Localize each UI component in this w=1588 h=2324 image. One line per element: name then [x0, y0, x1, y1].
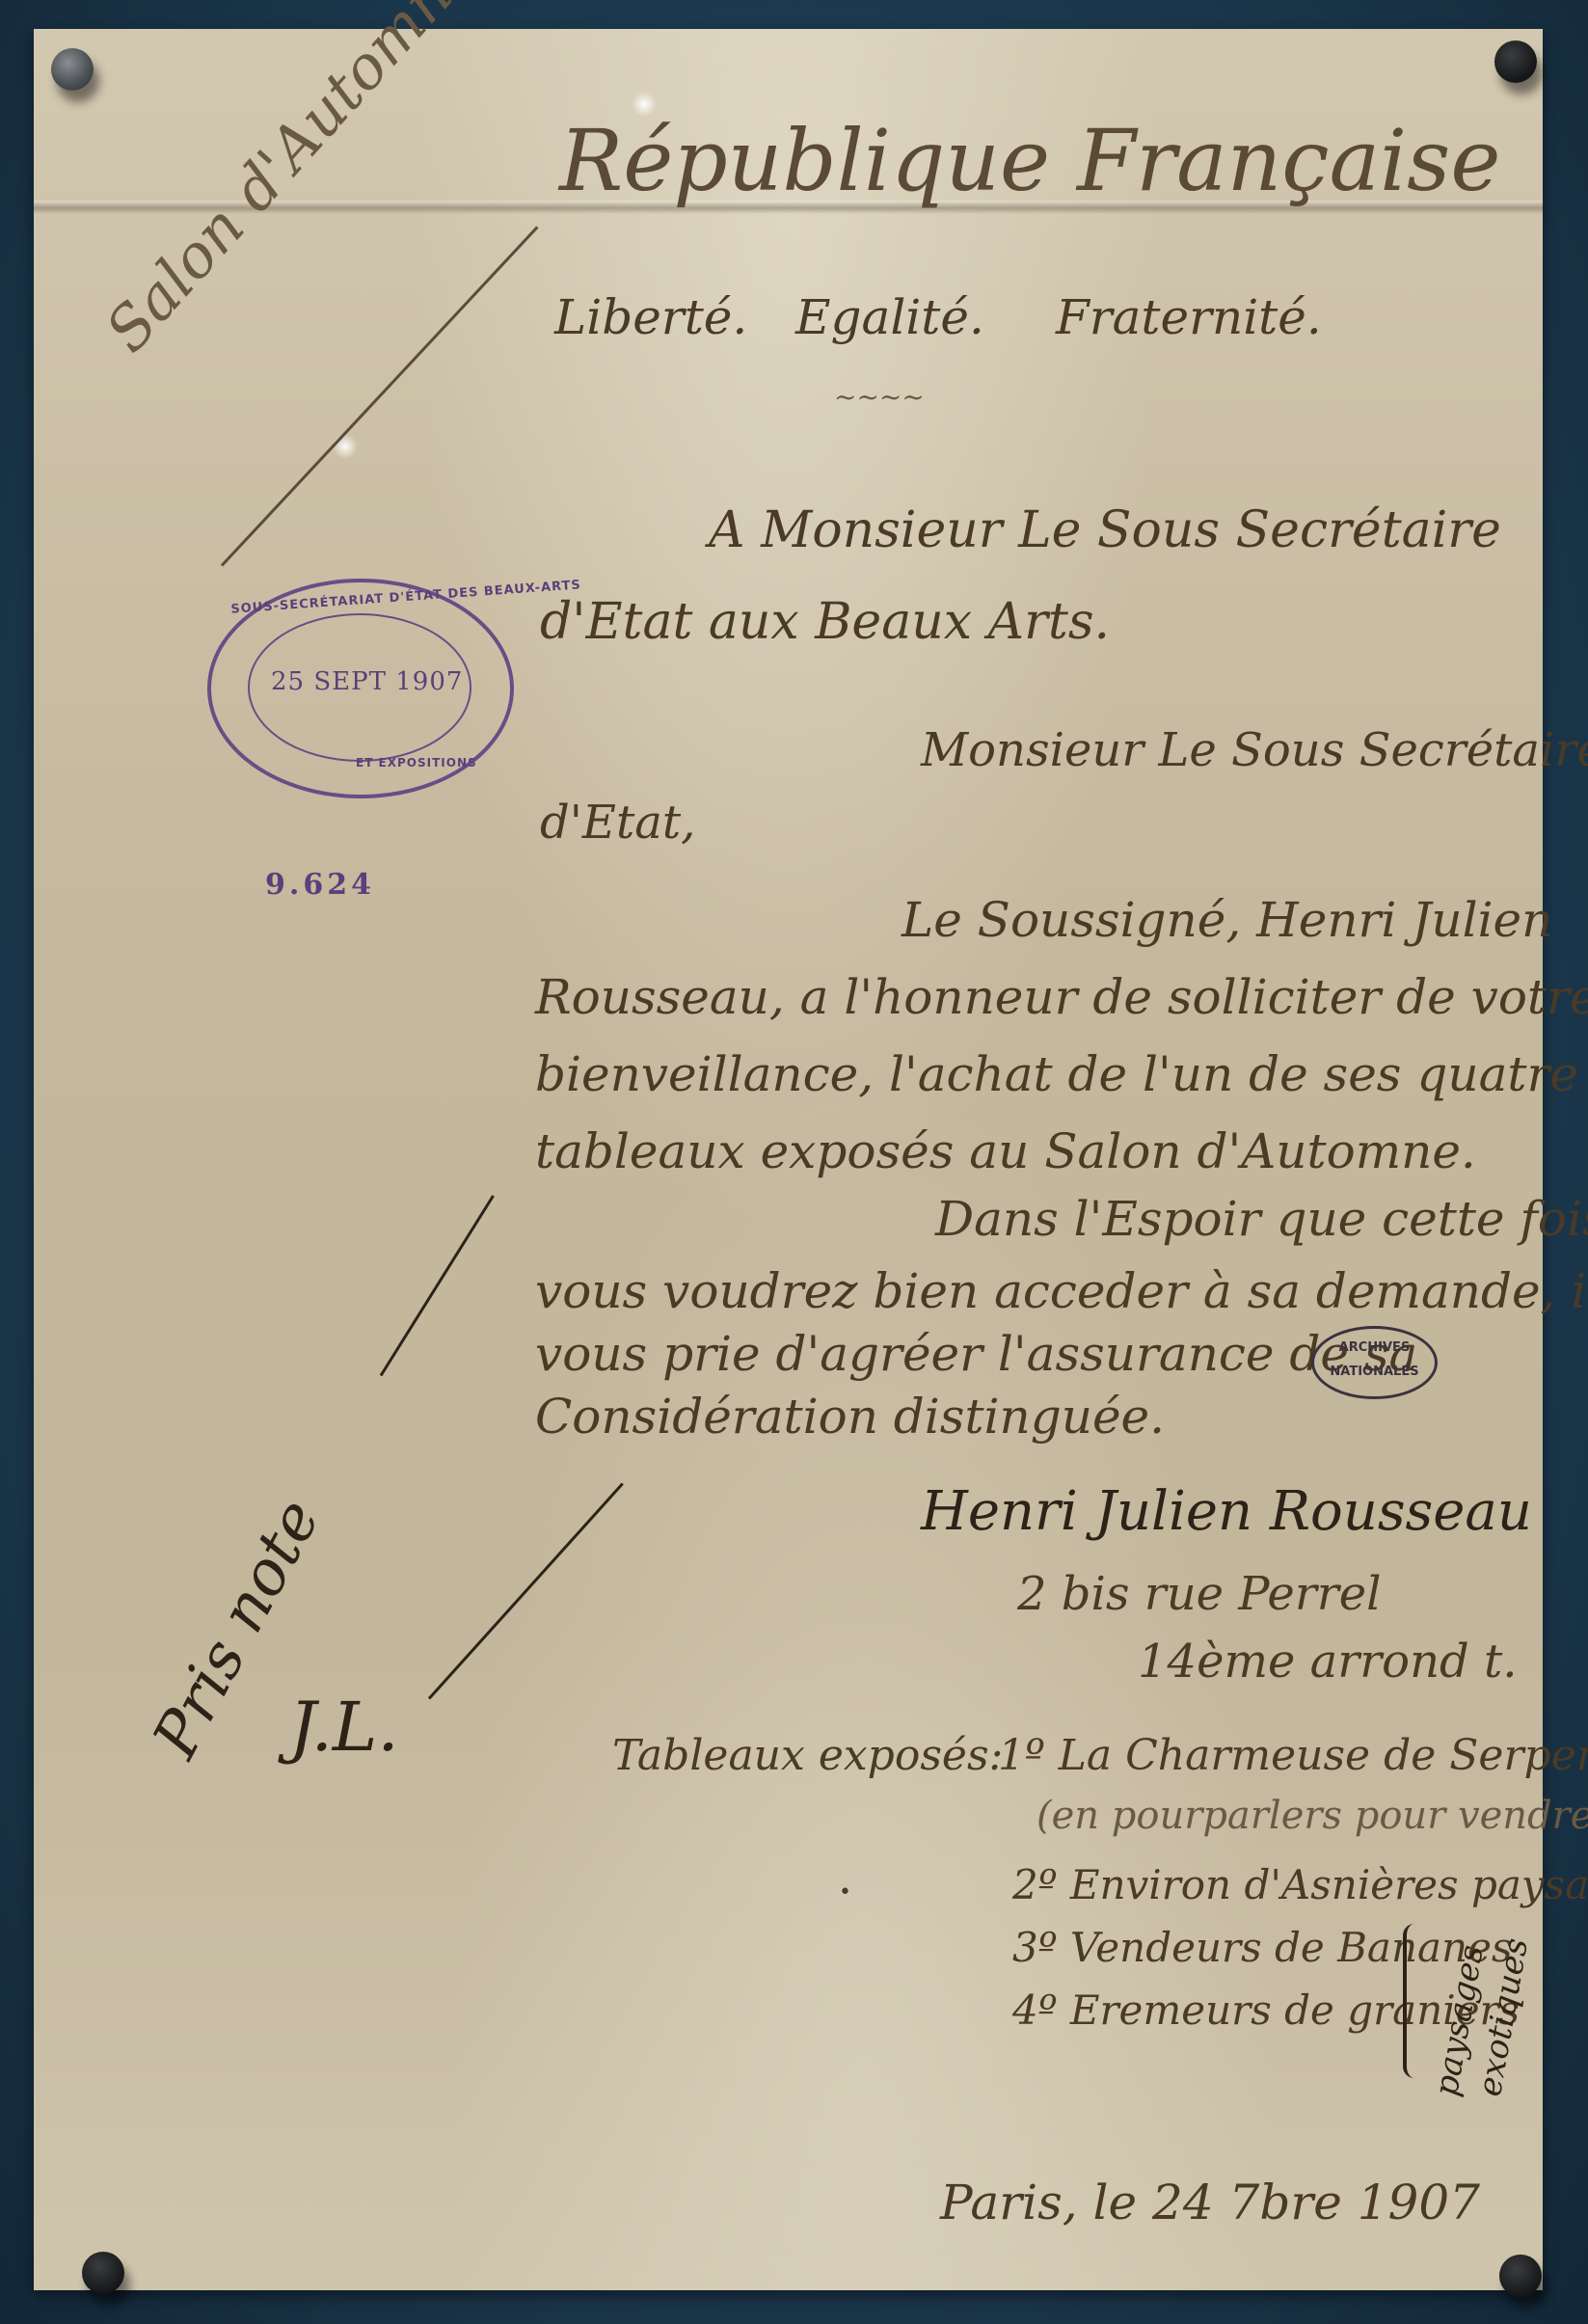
- painting-item-2: 2º Environ d'Asnières paysages: [1012, 1861, 1588, 1908]
- signature-name: Henri Julien Rousseau: [921, 1480, 1532, 1543]
- salutation-line-2: d'Etat,: [540, 796, 695, 850]
- mounting-pin-bottom-left: [82, 2252, 124, 2294]
- registration-number: 9.624: [265, 868, 375, 902]
- letterhead-title: République Française: [559, 111, 1500, 210]
- motto-liberte: Liberté.: [554, 289, 747, 345]
- margin-note-initials: J.L.: [289, 1688, 399, 1767]
- paintings-heading: Tableaux exposés:: [612, 1731, 1003, 1780]
- motto-egalite: Egalité.: [795, 289, 984, 345]
- receipt-stamp-ring-top: SOUS-SECRÉTARIAT D'ÉTAT DES BEAUX-ARTS: [230, 578, 581, 616]
- mounting-pin-top-right: [1494, 41, 1537, 83]
- addressee-line-1: A Monsieur Le Sous Secrétaire: [709, 501, 1501, 559]
- letterhead-ornament: ~~~~: [834, 381, 925, 413]
- addressee-line-2: d'Etat aux Beaux Arts.: [540, 593, 1110, 651]
- body-p1-line-1: Le Soussigné, Henri Julien: [902, 892, 1552, 948]
- closing-place-date: Paris, le 24 7bre 1907: [940, 2175, 1480, 2230]
- motto-fraternite: Fraternité.: [1056, 289, 1322, 345]
- letter-paper: République Française Liberté. Egalité. F…: [34, 29, 1543, 2290]
- archives-nationales-stamp: ARCHIVES NATIONALES: [1311, 1326, 1438, 1399]
- receipt-stamp: SOUS-SECRÉTARIAT D'ÉTAT DES BEAUX-ARTS 2…: [207, 579, 514, 798]
- body-p2-line-1: Dans l'Espoir que cette fois: [935, 1191, 1588, 1247]
- archives-stamp-line-1: ARCHIVES: [1314, 1340, 1435, 1355]
- body-p1-line-3: bienveillance, l'achat de l'un de ses qu…: [535, 1046, 1578, 1102]
- archives-stamp-line-2: NATIONALES: [1314, 1365, 1435, 1379]
- mounting-pin-bottom-right: [1499, 2255, 1542, 2297]
- painting-item-1-note: (en pourparlers pour vendre): [1036, 1794, 1588, 1838]
- signature-address-line-2: 14ème arrond t.: [1138, 1635, 1518, 1689]
- painting-item-3: 3º Vendeurs de Bananes: [1012, 1924, 1513, 1971]
- signature-address-line-1: 2 bis rue Perrel: [1017, 1567, 1381, 1621]
- mounting-pin-top-left: [51, 48, 94, 91]
- receipt-stamp-ring-bottom: ET EXPOSITIONS: [356, 756, 477, 770]
- diagonal-rule-bottom: [380, 1195, 495, 1376]
- receipt-stamp-date: 25 SEPT 1907: [271, 667, 463, 696]
- diagonal-rule-top: [221, 226, 539, 566]
- margin-note-salon: Salon d'Automne: [92, 0, 489, 365]
- body-p2-line-4: Considération distinguée.: [535, 1389, 1165, 1445]
- paintings-bracket: [1403, 1924, 1424, 2078]
- body-p1-line-4: tableaux exposés au Salon d'Automne.: [535, 1123, 1476, 1179]
- painting-item-1: 1º La Charmeuse de Serpents: [998, 1731, 1588, 1780]
- glass-glare: [333, 434, 358, 459]
- body-p2-line-2: vous voudrez bien acceder à sa demande, …: [535, 1263, 1588, 1319]
- body-p1-line-2: Rousseau, a l'honneur de solliciter de v…: [535, 969, 1588, 1025]
- stray-ink-dot: •: [839, 1880, 851, 1905]
- body-p2-line-3: vous prie d'agréer l'assurance de sa: [535, 1326, 1417, 1382]
- salutation-line-1: Monsieur Le Sous Secrétaire: [921, 723, 1588, 777]
- diagonal-rule-bottom-2: [428, 1483, 624, 1700]
